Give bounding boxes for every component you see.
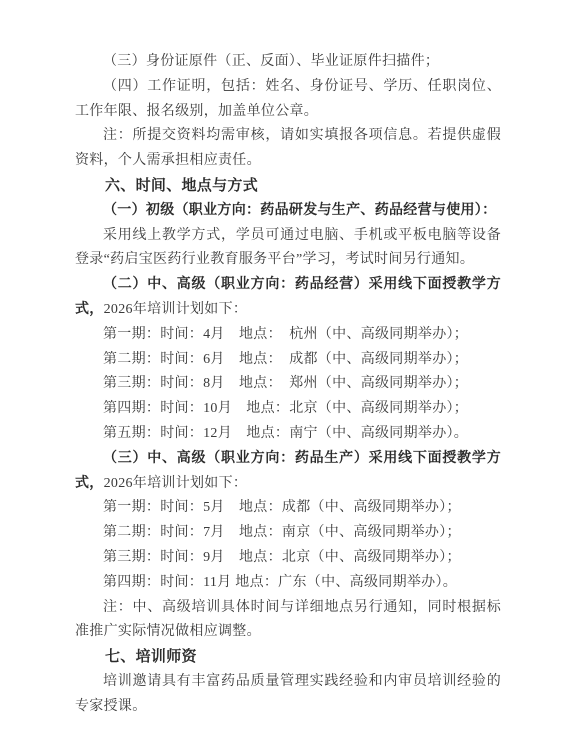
text-run: 第二期：时间：7月 地点：南京（中、高级同期举办）； bbox=[103, 525, 461, 540]
text-run: 第一期：时间：5月 地点：成都（中、高级同期举办）； bbox=[103, 500, 461, 515]
text-run: 第一期：时间：4月 地点： 杭州（中、高级同期举办）； bbox=[103, 327, 468, 342]
para-7-faculty-description: 培训邀请具有丰富药品质量管理实践经验和内审员培训经验的专家授课。 bbox=[75, 670, 501, 720]
text-run: 注：中、高级培训具体时间与详细地点另行通知，同时根据标准推广实际情况做相应调整。 bbox=[75, 600, 501, 640]
para-6-2-mid-senior-operation: （二）中、高级（职业方向：药品经营）采用线下面授教学方式，2026年培训计划如下… bbox=[75, 273, 501, 323]
para-6-1-online-teaching: 采用线上教学方式，学员可通过电脑、手机或平板电脑等设备登录“药启宝医药行业教育服… bbox=[75, 224, 501, 274]
text-run-bold: （一）初级（职业方向：药品研发与生产、药品经营与使用）： bbox=[103, 203, 496, 218]
schedule-production-phase-1: 第一期：时间：5月 地点：成都（中、高级同期举办）； bbox=[75, 496, 501, 521]
schedule-operation-phase-3: 第三期：时间：8月 地点： 郑州（中、高级同期举办）； bbox=[75, 372, 501, 397]
para-note-materials-review: 注：所提交资料均需审核，请如实填报各项信息。若提供虚假资料，个人需承担相应责任。 bbox=[75, 124, 501, 174]
text-run: 采用线上教学方式，学员可通过电脑、手机或平板电脑等设备登录“药启宝医药行业教育服… bbox=[75, 228, 501, 268]
para-material-3-id-card: （三）身份证原件（正、反面）、毕业证原件扫描件； bbox=[75, 50, 501, 75]
text-run: 培训邀请具有丰富药品质量管理实践经验和内审员培训经验的专家授课。 bbox=[75, 674, 501, 714]
schedule-operation-phase-4: 第四期：时间：10月 地点：北京（中、高级同期举办）； bbox=[75, 397, 501, 422]
text-run: （三）身份证原件（正、反面）、毕业证原件扫描件； bbox=[103, 54, 439, 69]
text-run: （四）工作证明，包括：姓名、身份证号、学历、任职岗位、工作年限、报名级别，加盖单… bbox=[75, 79, 501, 119]
schedule-production-phase-3: 第三期：时间：9月 地点：北京（中、高级同期举办）； bbox=[75, 546, 501, 571]
text-run: 第三期：时间：9月 地点：北京（中、高级同期举办）； bbox=[103, 550, 461, 565]
text-run: 注：所提交资料均需审核，请如实填报各项信息。若提供虚假资料，个人需承担相应责任。 bbox=[75, 128, 501, 168]
text-run: 第三期：时间：8月 地点： 郑州（中、高级同期举办）； bbox=[103, 376, 468, 391]
schedule-operation-phase-2: 第二期：时间：6月 地点： 成都（中、高级同期举办）； bbox=[75, 348, 501, 373]
text-run-bold: 七、培训师资 bbox=[105, 648, 197, 665]
document-body: （三）身份证原件（正、反面）、毕业证原件扫描件；（四）工作证明，包括：姓名、身份… bbox=[75, 50, 501, 720]
schedule-production-phase-4: 第四期：时间：11月 地点：广东（中、高级同期举办）。 bbox=[75, 571, 501, 596]
schedule-operation-phase-1: 第一期：时间：4月 地点： 杭州（中、高级同期举办）； bbox=[75, 323, 501, 348]
schedule-production-phase-2: 第二期：时间：7月 地点：南京（中、高级同期举办）； bbox=[75, 521, 501, 546]
text-run-bold: 六、时间、地点与方式 bbox=[105, 177, 258, 194]
heading-section-6-time-place-method: 六、时间、地点与方式 bbox=[75, 174, 501, 199]
text-run: 第四期：时间：10月 地点：北京（中、高级同期举办）； bbox=[103, 401, 468, 416]
text-run: 第二期：时间：6月 地点： 成都（中、高级同期举办）； bbox=[103, 352, 468, 367]
para-note-schedule-adjustment: 注：中、高级培训具体时间与详细地点另行通知，同时根据标准推广实际情况做相应调整。 bbox=[75, 596, 501, 646]
schedule-operation-phase-5: 第五期：时间：12月 地点：南宁（中、高级同期举办）。 bbox=[75, 422, 501, 447]
heading-section-7-training-faculty: 七、培训师资 bbox=[75, 645, 501, 670]
para-6-1-junior-level: （一）初级（职业方向：药品研发与生产、药品经营与使用）： bbox=[75, 199, 501, 224]
para-material-4-work-certificate: （四）工作证明，包括：姓名、身份证号、学历、任职岗位、工作年限、报名级别，加盖单… bbox=[75, 75, 501, 125]
text-run: 2026年培训计划如下： bbox=[104, 302, 248, 317]
document-page: （三）身份证原件（正、反面）、毕业证原件扫描件；（四）工作证明，包括：姓名、身份… bbox=[0, 0, 579, 747]
para-6-3-mid-senior-production: （三）中、高级（职业方向：药品生产）采用线下面授教学方式，2026年培训计划如下… bbox=[75, 447, 501, 497]
text-run: 第五期：时间：12月 地点：南宁（中、高级同期举办）。 bbox=[103, 426, 468, 441]
text-run: 第四期：时间：11月 地点：广东（中、高级同期举办）。 bbox=[103, 575, 457, 590]
text-run: 2026年培训计划如下： bbox=[104, 476, 248, 491]
